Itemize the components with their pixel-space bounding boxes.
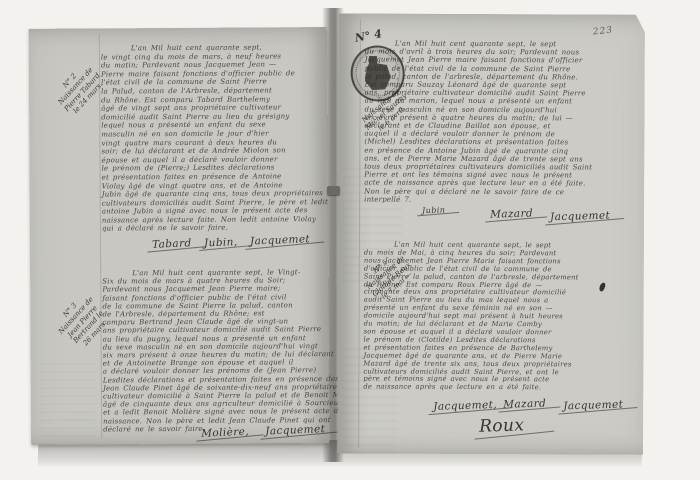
- handwritten-line: de naissance après que lecture en a été …: [363, 384, 635, 393]
- signature-roux: Roux: [479, 415, 525, 436]
- folio-number: 223: [592, 26, 613, 38]
- register-scan: N° 2Naissance dePierre Tabardle 24 mars.…: [0, 0, 700, 480]
- signature-jacquemet: Jacquemet: [550, 209, 610, 223]
- signature-jubin: Jubin,: [204, 236, 238, 249]
- signature-mazard: Mazard: [503, 397, 546, 410]
- binding-clip: [327, 186, 340, 195]
- signature-mazard: Mazard: [490, 207, 533, 220]
- left-page: N° 2Naissance dePierre Tabardle 24 mars.…: [29, 27, 330, 445]
- signature-jubin: Jubin: [422, 205, 445, 215]
- handwritten-line: interpellé 7.: [364, 195, 636, 204]
- birth-record-3-text: L'an Mil huit cent quarante sept, le Vin…: [102, 268, 327, 433]
- birth-record-4-text: L'an Mil huit cent quarante sept, le sep…: [364, 39, 637, 204]
- birth-record-5-text: L'an Mil huit cent quarante sept, le sep…: [363, 241, 636, 392]
- signature-jacquemet: Jacquemet,: [433, 399, 497, 413]
- signature-jacquemet: Jacquemet: [250, 233, 310, 247]
- birth-record-2-text: L'an Mil huit cent quarante sept,le ving…: [101, 43, 322, 233]
- signature-jacquemet: Jacquemet: [265, 423, 325, 437]
- signature-tabard: Tabard: [152, 237, 192, 251]
- right-page: 223 N° 4 Naissance deMichel Sauzayle 6 a…: [337, 13, 645, 454]
- signature-moliere: Molière,: [201, 426, 249, 440]
- handwritten-line: qui a déclaré ne le savoir faire.: [102, 224, 322, 234]
- ink-bleedthrough: [39, 359, 96, 449]
- signature-jacquemet: Jacquemet: [563, 399, 623, 413]
